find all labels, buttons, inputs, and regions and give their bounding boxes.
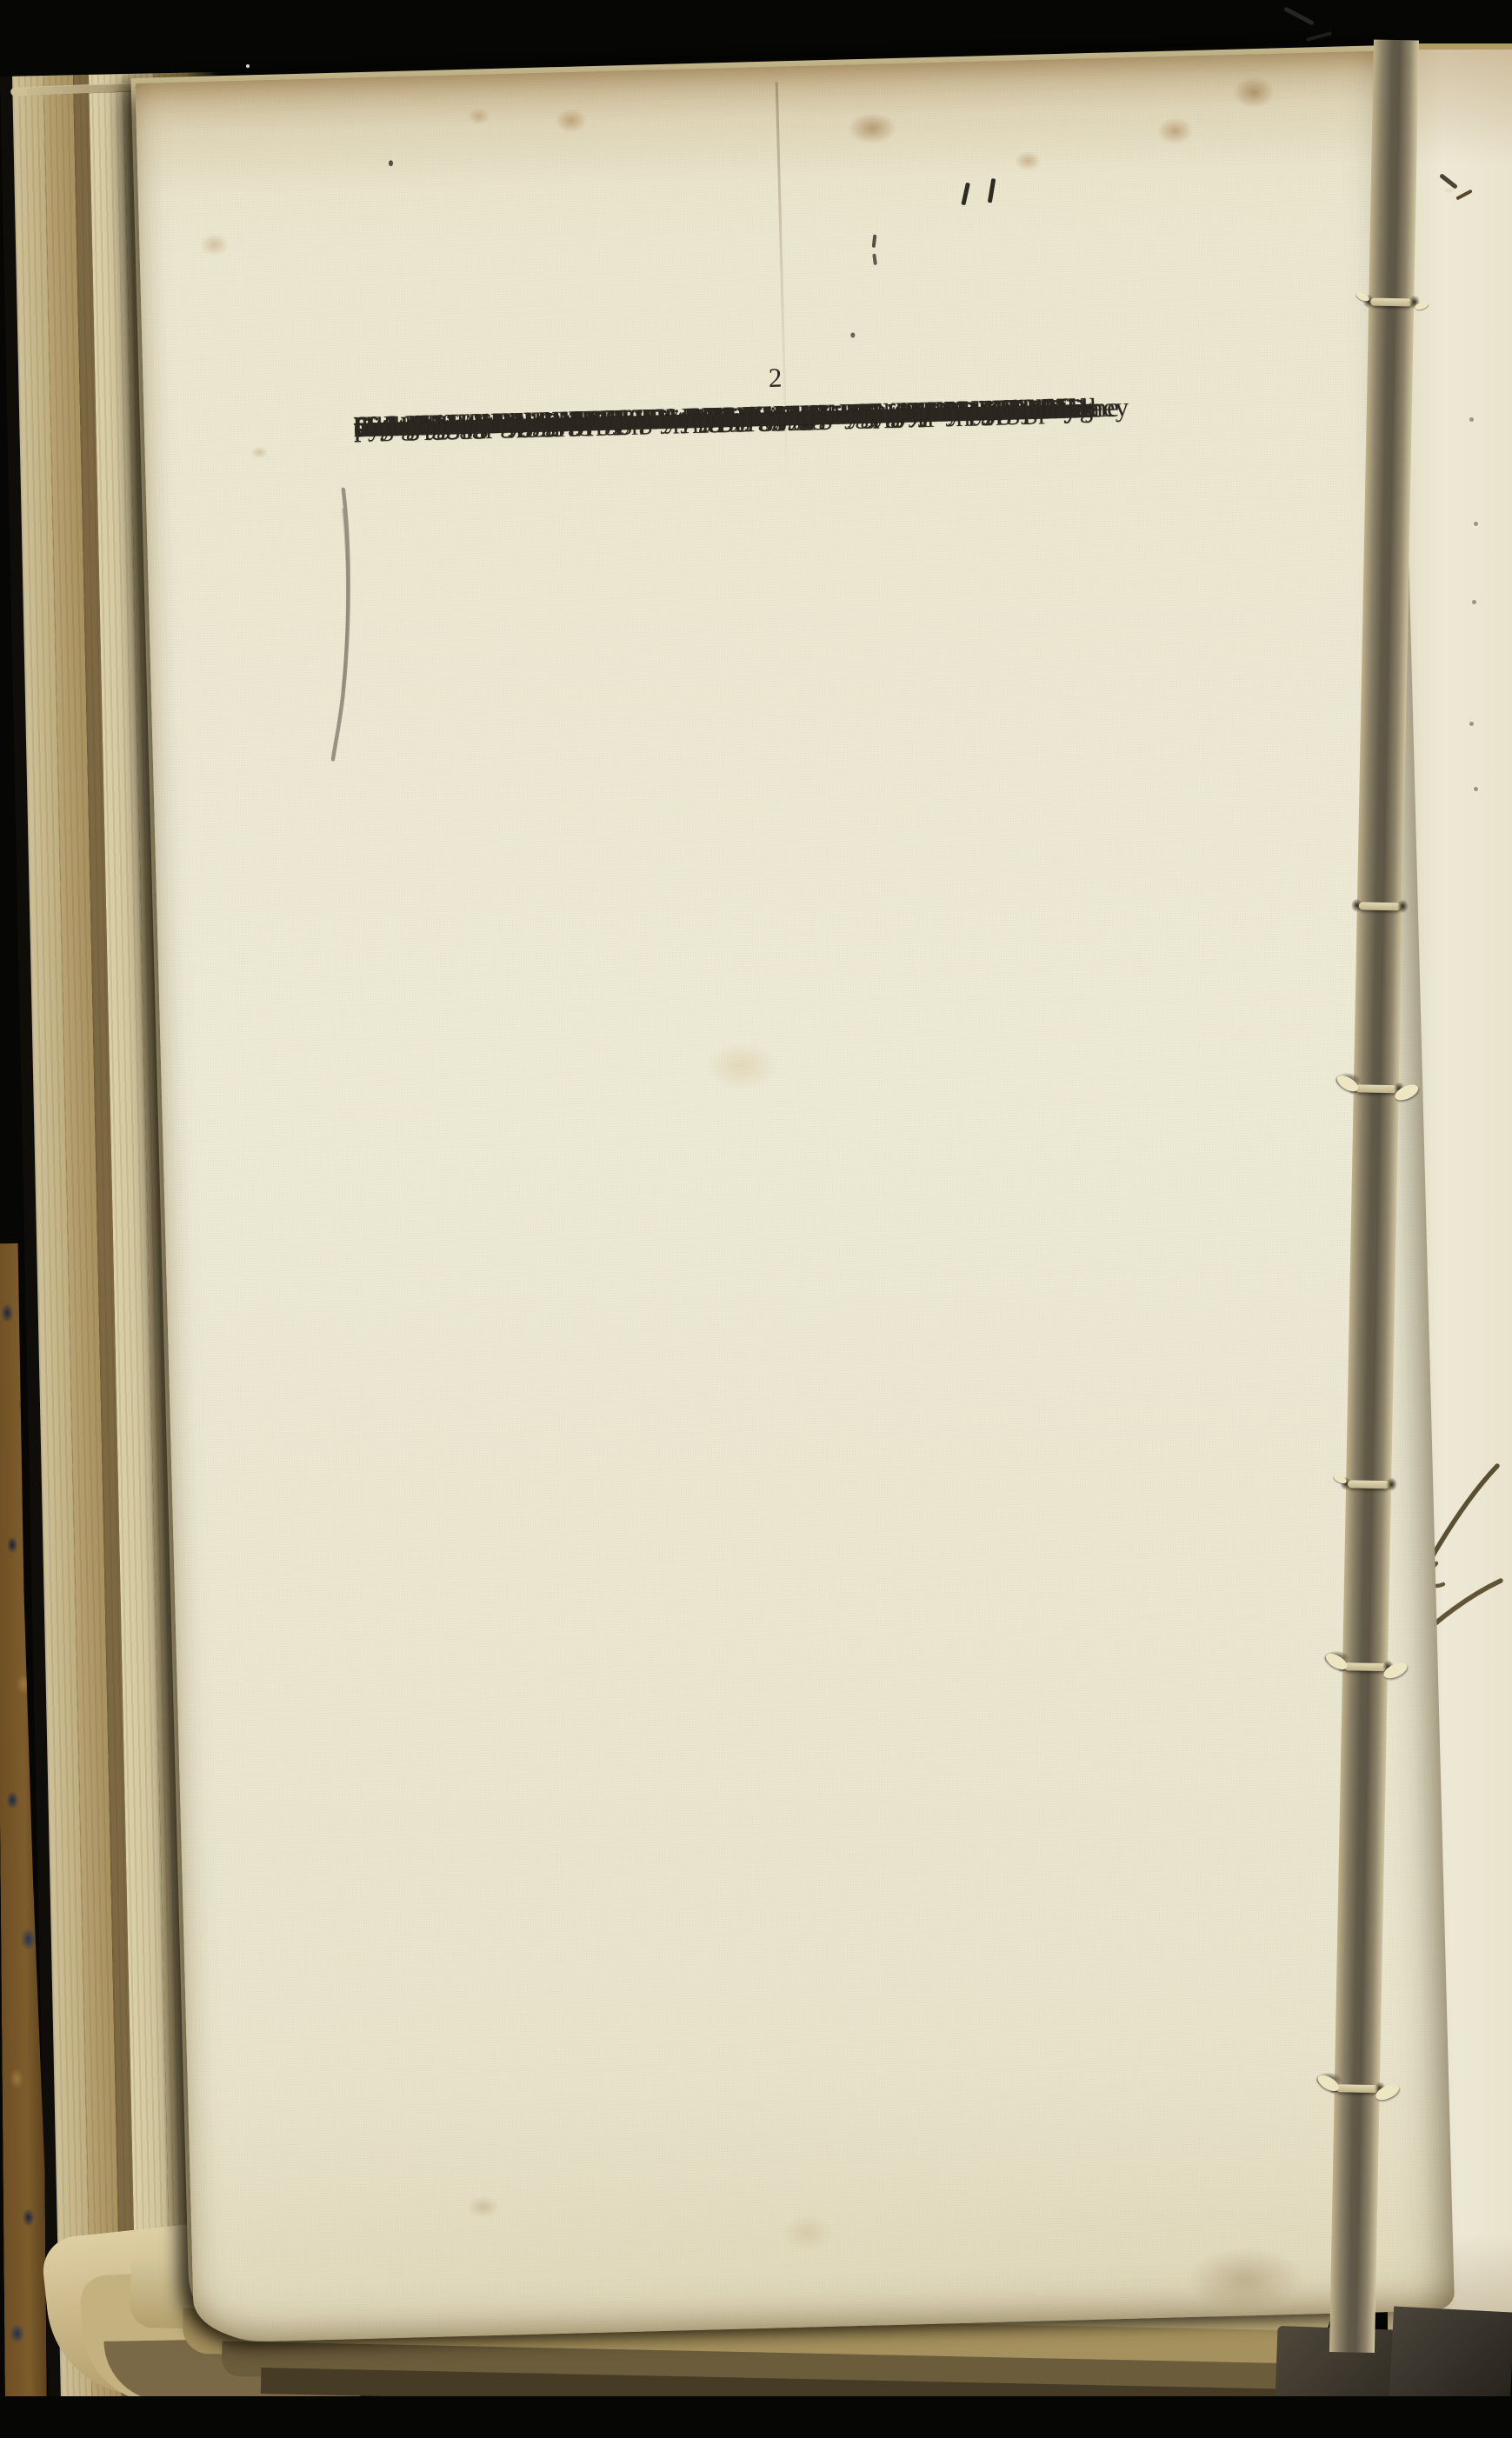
binding-hole-mark	[1474, 787, 1478, 791]
page-number: 2	[747, 358, 803, 398]
ink-dot-mark	[850, 332, 855, 337]
photo-scene: 2 to the said mortgagor in fee simple su…	[0, 0, 1512, 2438]
dust-speck	[246, 64, 250, 68]
binding-hole-mark	[1469, 417, 1474, 422]
binding-stitch	[1328, 2078, 1387, 2098]
binding-hole-mark	[1469, 722, 1474, 726]
background-scratch	[1283, 6, 1315, 25]
binding-hole-mark	[1474, 522, 1478, 526]
binding-stitch	[1347, 1078, 1406, 1098]
background-scratch	[1306, 31, 1332, 42]
book-page: 2 to the said mortgagor in fee simple su…	[135, 50, 1455, 2343]
binding-stitch	[1339, 1474, 1398, 1494]
thread-end	[1445, 188, 1454, 193]
binding-stitch	[1362, 291, 1421, 311]
binding-stitch	[1335, 1656, 1395, 1676]
binding-hole-mark	[1472, 600, 1476, 604]
ink-dot-mark	[389, 160, 393, 166]
binding-stitch	[1350, 896, 1409, 916]
bottom-black-band	[0, 2396, 1512, 2438]
